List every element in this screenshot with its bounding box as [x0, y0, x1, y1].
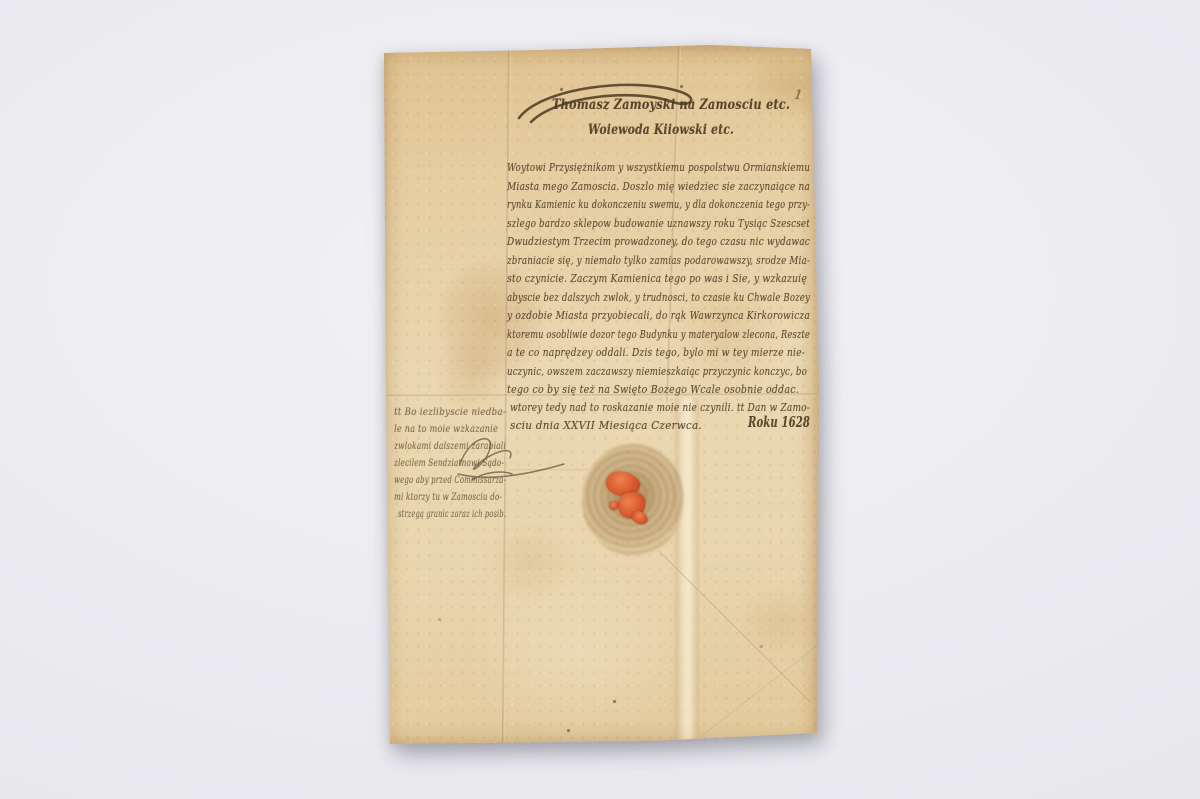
ink-speck — [760, 645, 763, 648]
manuscript-line: uczynic, owszem zaczawszy niemieszkaiąc … — [507, 364, 807, 378]
manuscript-line: Woytowi Przysiężnikom y wszystkiemu posp… — [507, 160, 810, 174]
ink-speck — [567, 729, 570, 732]
folio-number: 1 — [793, 87, 804, 103]
manuscript-line: tego co by się też na Swięto Bozego Wcal… — [507, 382, 799, 396]
ink-speck — [438, 618, 441, 621]
manuscript-line: ktoremu osobliwie dozor tego Budynku y m… — [507, 327, 810, 341]
margin-note-line: wego aby przed Commissarza- — [394, 475, 506, 486]
manuscript-line: y ozdobie Miasta przyobiecali, do rąk Wa… — [507, 308, 810, 322]
manuscript-line: a te co naprędzey oddali. Dzis tego, byl… — [507, 345, 805, 359]
margin-note-line: le na to moie wzkazanie — [394, 424, 498, 435]
crease-diagonal-lower — [700, 644, 819, 738]
manuscript-line: Miasta mego Zamoscia. Doszlo mię wiedzie… — [507, 179, 810, 193]
margin-note-line: tt Bo iezlibyscie niedba- — [394, 407, 506, 418]
margin-note-line: strzegą granic zaraz ich posib. — [398, 509, 506, 520]
year-date: Roku 1628 — [748, 413, 810, 431]
manuscript-line: abyscie bez dalszych zwlok, y trudnosci,… — [507, 290, 810, 304]
heading-line-1: Thomasz Zamoyski na Zamosciu etc. — [552, 97, 790, 113]
margin-note-line: zwlokami dalszemi zarabiali — [394, 441, 506, 452]
margin-note-line: zlecilem Sendziatnowi Sądo- — [394, 458, 504, 469]
dateline-line-1: wtorey tedy nad to roskazanie moie nie c… — [510, 400, 810, 414]
wax-seal — [582, 444, 684, 556]
manuscript-line: szlego bardzo sklepow budowanie uznawszy… — [507, 216, 810, 230]
manuscript-line: sto czynicie. Zaczym Kamienica tego po w… — [507, 271, 807, 285]
ink-speck — [613, 700, 616, 703]
manuscript-line: zbraniacie się, y niemało tylko zamias p… — [507, 253, 810, 267]
manuscript-page: 1 Thomasz Zamoyski na Zamosciu etc. Woie… — [380, 42, 822, 748]
manuscript-line: rynku Kamienic ku dokonczeniu swemu, y d… — [507, 197, 810, 211]
heading-line-2: Woiewoda Kiiowski etc. — [588, 122, 734, 138]
paper-shadow: 1 Thomasz Zamoyski na Zamosciu etc. Woie… — [380, 42, 822, 748]
manuscript-line: Dwudziestym Trzecim prowadzoney, do tego… — [507, 234, 810, 248]
photo-background: 1 Thomasz Zamoyski na Zamosciu etc. Woie… — [0, 0, 1200, 799]
margin-note-line: mi ktorzy tu w Zamosciu do- — [394, 492, 502, 503]
